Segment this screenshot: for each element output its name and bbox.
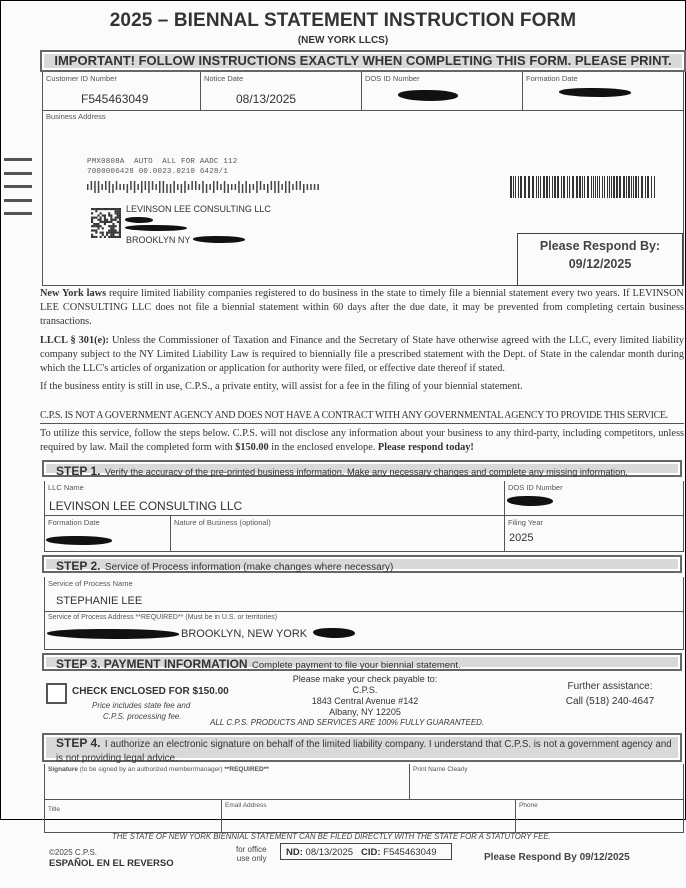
cid-label: CID: [361, 847, 381, 858]
dos-id-label: DOS ID Number [365, 74, 420, 83]
nature-of-business-field[interactable]: Nature of Business (optional) [171, 516, 505, 551]
step2-heading: STEP 2. [56, 559, 100, 573]
respond-today: Please respond today! [378, 442, 474, 453]
office-use-line-1: for office [236, 845, 267, 854]
email-label: Email Address [225, 802, 267, 809]
business-address-block: Business Address PMX0808A AUTO ALL FOR A… [42, 110, 684, 286]
title-field[interactable]: Title [45, 800, 222, 832]
step1-formation-date-field[interactable]: Formation Date [45, 516, 171, 551]
step3-header: STEP 3. PAYMENT INFORMATION Complete pay… [42, 653, 682, 671]
address-zip-redacted [193, 236, 245, 243]
payable-block: Please make your check payable to: C.P.S… [270, 674, 460, 718]
step4-header: STEP 4. I authorize an electronic signat… [42, 733, 682, 762]
spanish-note: ESPAÑOL EN EL REVERSO [49, 858, 174, 869]
formation-date-cell: Formation Date [523, 72, 683, 110]
llc-name-label: LLC Name [48, 483, 84, 492]
form-subtitle: (NEW YORK LLCS) [0, 35, 686, 46]
assist-block: Further assistance: Call (518) 240-4647 [555, 679, 665, 709]
notice-date-label: Notice Date [204, 74, 243, 83]
step3-heading: STEP 3. PAYMENT INFORMATION [56, 657, 248, 671]
sop-name-field[interactable]: Service of Process Name STEPHANIE LEE [45, 577, 683, 612]
step1-dos-id-redacted [507, 496, 553, 506]
customer-id-value: F545463049 [81, 92, 148, 106]
office-use-label: for office use only [236, 845, 267, 863]
signature-field[interactable]: Signature (to be signed by an authorized… [45, 764, 410, 800]
guarantee-text: ALL C.P.S. PRODUCTS AND SERVICES ARE 100… [210, 718, 484, 727]
payee-city: Albany, NY 12205 [270, 707, 460, 718]
print-name-label: Print Name Clearly [413, 766, 468, 773]
payable-to-label: Please make your check payable to: [270, 674, 460, 685]
price-note-1: Price includes state fee and [92, 701, 190, 710]
nature-of-business-label: Nature of Business (optional) [174, 518, 271, 527]
sop-address-city: BROOKLYN, NEW YORK [181, 628, 307, 640]
utilize-amount: $150.00 [235, 442, 268, 453]
utilize-paragraph: To utilize this service, follow the step… [40, 427, 684, 455]
notice-date-value: 08/13/2025 [236, 92, 296, 106]
sop-zip-redacted [313, 628, 355, 638]
sop-name-value: STEPHANIE LEE [56, 595, 142, 607]
mail-line-1: PMX0808A AUTO ALL FOR AADC 112 [87, 158, 237, 166]
statutory-note: THE STATE OF NEW YORK BIENNIAL STATEMENT… [112, 832, 551, 841]
info-row: Customer ID Number F545463049 Notice Dat… [42, 72, 684, 111]
check-enclosed-checkbox[interactable] [46, 683, 67, 704]
step4-fields: Signature (to be signed by an authorized… [44, 764, 684, 833]
step1-formation-date-label: Formation Date [48, 518, 100, 527]
step1-text: Verify the accuracy of the pre-printed b… [105, 467, 628, 477]
cid-value: F545463049 [383, 847, 436, 858]
mail-line-2: 7000006428 00.0023.0210 6428/1 [87, 168, 228, 176]
step2-fields: Service of Process Name STEPHANIE LEE Se… [44, 577, 684, 650]
sop-street-redacted [47, 629, 179, 639]
notice-date-cell: Notice Date 08/13/2025 [201, 72, 362, 110]
step1-header: STEP 1. Verify the accuracy of the pre-p… [42, 460, 682, 477]
nd-label: ND: [286, 847, 303, 858]
step4-text: I authorize an electronic signature on b… [56, 739, 672, 764]
step3-text: Complete payment to file your biennial s… [252, 660, 461, 671]
respond-by-label: Please Respond By: [518, 239, 682, 253]
utilize-text-2: in the enclosed envelope. [269, 442, 378, 453]
postal-barcode [87, 180, 327, 194]
title-label: Title [48, 806, 60, 813]
step2-text: Service of Process information (make cha… [105, 562, 393, 573]
phone-field[interactable]: Phone [516, 800, 683, 832]
dos-id-cell: DOS ID Number [362, 72, 523, 110]
copyright: ©2025 C.P.S. [49, 848, 97, 857]
nd-value: 08/13/2025 [306, 847, 354, 858]
dos-id-redacted [398, 90, 458, 101]
price-note-2: C.P.S. processing fee. [103, 712, 182, 721]
assist-label: Further assistance: [555, 679, 665, 694]
cps-assist-paragraph: If the business entity is still in use, … [40, 380, 684, 394]
business-address-label: Business Address [46, 112, 106, 121]
sop-address-label: Service of Process Address **REQUIRED** … [48, 614, 277, 621]
llc-name-value: LEVINSON LEE CONSULTING LLC [49, 499, 242, 513]
respond-by-box: Please Respond By: 09/12/2025 [517, 233, 683, 286]
filing-year-value: 2025 [509, 532, 533, 544]
address-company: LEVINSON LEE CONSULTING LLC [126, 204, 271, 214]
datamatrix-code [91, 208, 121, 238]
step1-dos-id-field[interactable]: DOS ID Number [505, 481, 683, 516]
phone-label: Phone [519, 802, 538, 809]
footer-respond-by: Please Respond By 09/12/2025 [484, 852, 630, 863]
customer-id-cell: Customer ID Number F545463049 [43, 72, 201, 110]
ny-laws-text: require limited liability companies regi… [40, 288, 684, 327]
address-line-redacted-1 [125, 217, 153, 223]
not-government-disclaimer: C.P.S. IS NOT A GOVERNMENT AGENCY AND DO… [40, 409, 684, 424]
ny-laws-paragraph: New York laws require limited liability … [40, 287, 684, 329]
important-banner: IMPORTANT! FOLLOW INSTRUCTIONS EXACTLY W… [40, 50, 686, 72]
signature-label-bold: Signature [48, 766, 78, 773]
formation-date-redacted [559, 88, 631, 97]
office-use-line-2: use only [236, 854, 267, 863]
step4-heading: STEP 4. [56, 736, 100, 750]
sop-name-label: Service of Process Name [48, 579, 133, 588]
ny-laws-bold: New York laws [40, 288, 106, 299]
step1-formation-date-redacted [46, 536, 112, 545]
address-line-redacted-2 [125, 225, 187, 231]
sop-address-field[interactable]: Service of Process Address **REQUIRED** … [45, 612, 683, 649]
respond-by-date: 09/12/2025 [518, 257, 682, 271]
signature-label-text: (to be signed by an authorized member/ma… [78, 766, 224, 773]
signature-required: **REQUIRED** [224, 766, 268, 773]
form-title: 2025 – BIENNAL STATEMENT INSTRUCTION FOR… [0, 10, 686, 32]
filing-year-field[interactable]: Filing Year 2025 [505, 516, 683, 551]
email-field[interactable]: Email Address [222, 800, 516, 832]
llcl-text: Unless the Commissioner of Taxation and … [40, 335, 684, 374]
customer-id-label: Customer ID Number [46, 74, 117, 83]
payee-name: C.P.S. [270, 685, 460, 696]
llc-name-field[interactable]: LLC Name LEVINSON LEE CONSULTING LLC [45, 481, 505, 516]
imb-barcode [510, 176, 655, 198]
filing-year-label: Filing Year [508, 518, 543, 527]
signature-label: Signature (to be signed by an authorized… [48, 766, 269, 773]
address-city: BROOKLYN NY [126, 235, 190, 245]
llcl-bold: LLCL § 301(e): [40, 335, 109, 346]
payee-street: 1843 Central Avenue #142 [270, 696, 460, 707]
formation-date-label: Formation Date [526, 74, 578, 83]
step1-dos-id-label: DOS ID Number [508, 483, 563, 492]
assist-phone[interactable]: Call (518) 240-4647 [555, 694, 665, 709]
llcl-paragraph: LLCL § 301(e): Unless the Commissioner o… [40, 334, 684, 376]
step1-heading: STEP 1. [56, 464, 100, 478]
office-use-box: ND: 08/13/2025 CID: F545463049 [280, 843, 452, 860]
step1-fields: LLC Name LEVINSON LEE CONSULTING LLC DOS… [44, 481, 684, 552]
check-enclosed-label: CHECK ENCLOSED FOR $150.00 [72, 686, 229, 697]
step2-header: STEP 2. Service of Process information (… [42, 555, 682, 573]
print-name-field[interactable]: Print Name Clearly [410, 764, 683, 800]
